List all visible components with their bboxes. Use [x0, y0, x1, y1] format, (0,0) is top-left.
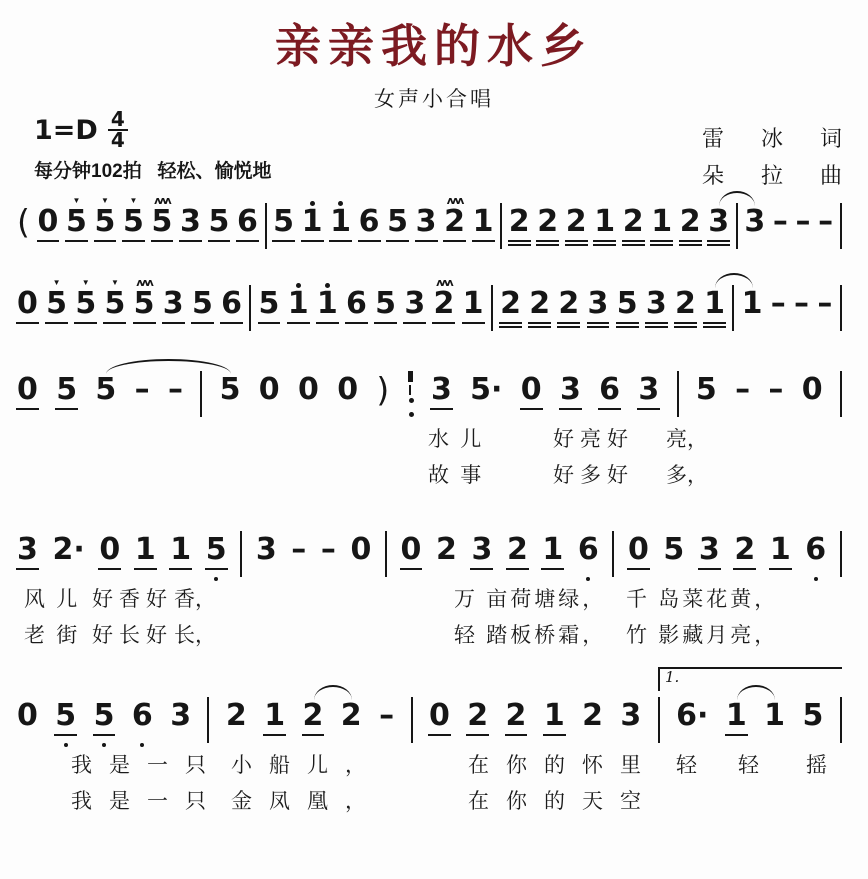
note-token: 6: [598, 358, 621, 423]
barline: [658, 684, 660, 743]
note-token: 0: [349, 518, 372, 583]
lyric-segment: 万 亩荷塘绿，: [454, 584, 606, 614]
music-system-verse-line-2: 32·01153––0023216053216: [16, 518, 842, 580]
note-token: 5: [695, 358, 718, 423]
note-token: 3: [645, 272, 668, 337]
note-glyph: 1: [593, 206, 616, 238]
note-token: 0: [297, 358, 320, 423]
barline: [500, 190, 502, 249]
volta-bracket: 1.: [658, 667, 842, 691]
note-glyph: 0: [400, 534, 423, 566]
note-token: 2: [536, 190, 559, 255]
barline: [840, 272, 842, 331]
duration-dash: –: [734, 358, 751, 423]
note-token: 6: [345, 272, 368, 337]
lyric-row: 我是一只金凤凰，在你的天空: [16, 784, 842, 820]
note-token: 1: [134, 518, 157, 583]
barline: [385, 518, 387, 577]
note-glyph: 0: [297, 374, 320, 406]
note-token: 2: [225, 684, 248, 749]
lyric-segment: 好香好: [92, 584, 173, 614]
note-glyph: 1: [725, 700, 748, 732]
tonality: 1=D: [34, 115, 98, 146]
note-glyph: 2: [302, 700, 325, 732]
barline: [840, 358, 842, 417]
lyric-segment: 长，: [174, 620, 216, 650]
note-glyph: 1: [741, 288, 764, 320]
note-glyph: 1: [650, 206, 673, 238]
music-system-intro-line-2: 0▼5▼5▼5ʌʌʌ5356511653ʌʌʌ21222353211–––: [16, 272, 842, 334]
lyric-segment: 竹 影藏月亮，: [626, 620, 778, 650]
note-glyph: 0: [98, 534, 121, 566]
note-glyph: 1: [134, 534, 157, 566]
barline: [840, 190, 842, 249]
note-glyph: 0: [37, 206, 60, 238]
lyric-segment: 好多好: [553, 460, 634, 490]
barline: [491, 272, 493, 331]
volta-label: 1.: [665, 669, 679, 685]
lyric-segment: 风 儿: [24, 584, 80, 614]
note-token: 3: [698, 518, 721, 583]
barline: [612, 518, 614, 577]
meta-block: 1=D 4 4 每分钟102拍 轻松、愉悦地 雷冰词 朵拉曲: [34, 112, 852, 184]
note-token: 5: [55, 358, 78, 423]
lyric-segment: 好亮好: [553, 424, 634, 454]
note-token: 3: [16, 518, 39, 583]
note-glyph: –: [378, 700, 395, 732]
note-glyph: –: [817, 206, 834, 238]
lyric-segment: 摇: [806, 750, 827, 780]
note-glyph: 1: [763, 700, 786, 732]
tempo-marking: 每分钟102拍 轻松、愉悦地: [34, 156, 272, 183]
note-glyph: 2: [581, 700, 604, 732]
note-token: 5: [208, 190, 231, 255]
note-glyph: –: [772, 206, 789, 238]
note-token: 6: [358, 190, 381, 255]
lyric-segment: 好长好: [92, 620, 173, 650]
note-glyph: 2: [340, 700, 363, 732]
note-token: 0: [16, 358, 39, 423]
note-token: 3: [587, 272, 610, 337]
note-glyph: 2: [679, 206, 702, 238]
note-token: 3: [255, 518, 278, 583]
note-token: 2: [506, 518, 529, 583]
note-glyph: 1: [316, 288, 339, 320]
note-token: 0: [520, 358, 543, 423]
note-glyph: (: [16, 206, 31, 238]
note-glyph: 3: [619, 700, 642, 732]
note-token: 5: [386, 190, 409, 255]
note-glyph: 5: [94, 374, 117, 406]
note-token: 2: [466, 684, 489, 749]
lyric-segment: 在你的怀里: [468, 750, 658, 780]
repeat-sign-begin: [407, 371, 414, 417]
note-glyph: 0: [627, 534, 650, 566]
note-glyph: 5: [208, 206, 231, 238]
note-glyph: –: [770, 288, 787, 320]
lyric-segment: 多，: [666, 460, 708, 490]
lyric-segment: 轻: [676, 750, 697, 780]
note-glyph: 5: [103, 288, 126, 320]
note-glyph: 0: [801, 374, 824, 406]
note-token: 5: [54, 684, 77, 749]
lyric-segment: 亮，: [666, 424, 708, 454]
note-glyph: 2: [506, 534, 529, 566]
note-glyph: 6: [345, 288, 368, 320]
note-glyph: 3: [403, 288, 426, 320]
note-glyph: 0: [428, 700, 451, 732]
note-token: 0: [627, 518, 650, 583]
music-system-intro-line-1: (0▼5▼5▼5ʌʌʌ5356511653ʌʌʌ21222121233–––: [16, 190, 842, 252]
lyric-segment: 在你的天空: [468, 786, 658, 816]
key-signature: 1=D 4 4: [34, 110, 128, 150]
note-token: 1: [593, 190, 616, 255]
note-glyph: 2: [225, 700, 248, 732]
note-token: 0: [801, 358, 824, 423]
lyric-segment: 水 儿: [428, 424, 484, 454]
note-token: ʌʌʌ5: [151, 190, 174, 255]
note-glyph: 0: [16, 288, 39, 320]
note-glyph: –: [320, 534, 337, 566]
note-glyph: 3: [698, 534, 721, 566]
barline: [677, 358, 679, 417]
note-token: 1: [462, 272, 485, 337]
duration-dash: –: [770, 272, 787, 337]
composer-credit: 朵拉曲: [702, 157, 868, 194]
note-glyph: 5: [662, 534, 685, 566]
note-token: 5: [258, 272, 281, 337]
note-glyph: 6: [358, 206, 381, 238]
note-glyph: –: [793, 288, 810, 320]
lyrics-block: 风 儿好香好香，万 亩荷塘绿，千 岛菜花黄，老 街好长好长，轻 踏板桥霜，竹 影…: [16, 582, 842, 654]
note-token: 5·: [469, 358, 503, 423]
note-glyph: 2: [505, 700, 528, 732]
note-glyph: –: [795, 206, 812, 238]
note-token: 5: [93, 684, 116, 749]
note-token: 1: [543, 684, 566, 749]
note-token: 3: [470, 518, 493, 583]
note-glyph: 2: [557, 288, 580, 320]
note-glyph: 1: [703, 288, 726, 320]
note-token: 2: [528, 272, 551, 337]
lyric-segment: 我是一只: [71, 786, 223, 816]
phrase-paren: (: [16, 190, 31, 255]
note-glyph: –: [767, 374, 784, 406]
duration-dash: –: [767, 358, 784, 423]
note-token: ▼5: [45, 272, 68, 337]
note-glyph: 6·: [675, 700, 709, 732]
note-token: 1: [472, 190, 495, 255]
note-token: 0: [400, 518, 423, 583]
note-glyph: 5: [93, 700, 116, 732]
lyric-row: 风 儿好香好香，万 亩荷塘绿，千 岛菜花黄，: [16, 582, 842, 618]
note-glyph: 5: [219, 374, 242, 406]
note-glyph: 2: [432, 288, 455, 320]
note-token: 0: [37, 190, 60, 255]
note-glyph: 5: [45, 288, 68, 320]
note-glyph: 3: [707, 206, 730, 238]
note-glyph: 1: [543, 700, 566, 732]
note-glyph: –: [290, 534, 307, 566]
note-glyph: 1: [287, 288, 310, 320]
note-token: 3: [637, 358, 660, 423]
note-token: 0: [428, 684, 451, 749]
note-token: 0: [16, 684, 39, 749]
note-glyph: –: [167, 374, 184, 406]
note-token: 1: [769, 518, 792, 583]
note-glyph: 6: [577, 534, 600, 566]
note-token: 1: [650, 190, 673, 255]
note-token: 2: [508, 190, 531, 255]
lyrics-block: 我是一只小船儿，在你的怀里轻轻摇我是一只金凤凰，在你的天空: [16, 748, 842, 820]
note-glyph: 2: [499, 288, 522, 320]
note-glyph: 5: [695, 374, 718, 406]
note-glyph: 2: [536, 206, 559, 238]
note-token: 3: [559, 358, 582, 423]
note-token: ʌʌʌ5: [133, 272, 156, 337]
note-token: 5: [205, 518, 228, 583]
lyric-row: 水 儿好亮好亮，: [16, 422, 842, 458]
note-glyph: 3: [637, 374, 660, 406]
note-token: ▼5: [103, 272, 126, 337]
note-token: ʌʌʌ2: [432, 272, 455, 337]
note-glyph: 6: [804, 534, 827, 566]
note-glyph: 5: [54, 700, 77, 732]
note-glyph: 2: [508, 206, 531, 238]
note-glyph: 3: [559, 374, 582, 406]
lyric-segment: 千 岛菜花黄，: [626, 584, 778, 614]
note-glyph: 5: [133, 288, 156, 320]
note-glyph: 1: [301, 206, 324, 238]
note-token: 3: [179, 190, 202, 255]
note-token: 3: [162, 272, 185, 337]
lyric-segment: 小船儿，: [231, 750, 383, 780]
lyric-segment: 故 事: [428, 460, 484, 490]
note-glyph: ): [375, 374, 390, 406]
note-token: 6: [220, 272, 243, 337]
note-glyph: 5: [191, 288, 214, 320]
note-token: 2: [733, 518, 756, 583]
note-token: 5: [662, 518, 685, 583]
note-glyph: –: [734, 374, 751, 406]
note-token: 2: [581, 684, 604, 749]
note-token: 2·: [51, 518, 85, 583]
note-token: 3: [619, 684, 642, 749]
note-token: 2: [565, 190, 588, 255]
note-token: 5: [191, 272, 214, 337]
note-token: 2: [679, 190, 702, 255]
music-system-verse-line-1: 055––5000)35·03635––0: [16, 358, 842, 420]
lyric-segment: 轻 踏板桥霜，: [454, 620, 606, 650]
music-system-verse-line-3: 055632122–0221236·1151.: [16, 684, 842, 746]
note-glyph: –: [134, 374, 151, 406]
note-glyph: 5: [65, 206, 88, 238]
note-glyph: 3: [430, 374, 453, 406]
barline: [265, 190, 267, 249]
lyrics-block: 水 儿好亮好亮，故 事好多好多，: [16, 422, 842, 494]
note-glyph: 5: [386, 206, 409, 238]
note-glyph: 5: [258, 288, 281, 320]
performance-type: 女声小合唱: [0, 86, 868, 112]
note-glyph: 2: [565, 206, 588, 238]
note-glyph: 6: [236, 206, 259, 238]
note-token: 5: [616, 272, 639, 337]
note-glyph: 3: [169, 700, 192, 732]
note-glyph: 1: [169, 534, 192, 566]
note-glyph: 2: [443, 206, 466, 238]
note-glyph: 5: [801, 700, 824, 732]
note-glyph: 3: [162, 288, 185, 320]
note-token: 1: [169, 518, 192, 583]
note-token: 6·: [675, 684, 709, 749]
note-glyph: 0: [258, 374, 281, 406]
phrase-paren: ): [375, 358, 390, 423]
note-glyph: 1: [462, 288, 485, 320]
note-token: 6: [804, 518, 827, 583]
note-token: 5: [801, 684, 824, 749]
note-glyph: 0: [520, 374, 543, 406]
note-token: 2: [557, 272, 580, 337]
duration-dash: –: [793, 272, 810, 337]
note-glyph: 3: [415, 206, 438, 238]
note-glyph: 5: [122, 206, 145, 238]
note-glyph: 3: [255, 534, 278, 566]
note-glyph: 1: [769, 534, 792, 566]
note-glyph: 0: [16, 700, 39, 732]
barline: [240, 518, 242, 577]
note-glyph: 5·: [469, 374, 503, 406]
lyric-segment: 我是一只: [71, 750, 223, 780]
note-token: 2: [435, 518, 458, 583]
song-title: 亲亲我的水乡: [0, 0, 868, 74]
note-glyph: 5: [74, 288, 97, 320]
note-token: 0: [336, 358, 359, 423]
lyric-segment: 轻: [738, 750, 759, 780]
note-token: 6: [131, 684, 154, 749]
note-glyph: 1: [329, 206, 352, 238]
barline: [411, 684, 413, 743]
note-glyph: 5: [272, 206, 295, 238]
barline: [840, 684, 842, 743]
note-token: ▼5: [65, 190, 88, 255]
note-glyph: 2: [674, 288, 697, 320]
note-glyph: –: [816, 288, 833, 320]
note-glyph: 3: [587, 288, 610, 320]
note-token: 1: [263, 684, 286, 749]
note-glyph: 5: [55, 374, 78, 406]
duration-dash: –: [320, 518, 337, 583]
note-token: 0: [258, 358, 281, 423]
note-token: 3: [430, 358, 453, 423]
lyric-row: 老 街好长好长，轻 踏板桥霜，竹 影藏月亮，: [16, 618, 842, 654]
duration-dash: –: [795, 190, 812, 255]
note-token: ʌʌʌ2: [443, 190, 466, 255]
note-glyph: 2: [435, 534, 458, 566]
duration-dash: –: [772, 190, 789, 255]
note-glyph: 3: [16, 534, 39, 566]
lyric-segment: 香，: [174, 584, 216, 614]
note-token: 3: [169, 684, 192, 749]
note-glyph: 2: [528, 288, 551, 320]
lyricist-credit: 雷冰词: [702, 120, 868, 157]
note-glyph: 0: [16, 374, 39, 406]
note-glyph: 3: [470, 534, 493, 566]
note-token: 0: [98, 518, 121, 583]
meter-denominator: 4: [108, 131, 128, 150]
note-glyph: 2: [466, 700, 489, 732]
note-token: 5: [374, 272, 397, 337]
lyric-segment: 老 街: [24, 620, 80, 650]
time-signature: 4 4: [108, 110, 128, 150]
barline: [840, 518, 842, 577]
note-glyph: 5: [374, 288, 397, 320]
duration-dash: –: [817, 190, 834, 255]
note-glyph: 0: [349, 534, 372, 566]
note-glyph: 1: [472, 206, 495, 238]
note-glyph: 3: [179, 206, 202, 238]
lyric-row: 我是一只小船儿，在你的怀里轻轻摇: [16, 748, 842, 784]
duration-dash: –: [378, 684, 395, 749]
note-token: 2: [499, 272, 522, 337]
note-token: ▼5: [74, 272, 97, 337]
note-token: 1: [301, 190, 324, 255]
note-token: 2: [505, 684, 528, 749]
note-glyph: 2·: [51, 534, 85, 566]
note-token: 2: [674, 272, 697, 337]
sheet-music-page: 亲亲我的水乡 女声小合唱 1=D 4 4 每分钟102拍 轻松、愉悦地 雷冰词 …: [0, 0, 868, 879]
credits: 雷冰词 朵拉曲: [702, 120, 842, 194]
duration-dash: –: [816, 272, 833, 337]
note-glyph: 6: [131, 700, 154, 732]
note-token: 1: [316, 272, 339, 337]
note-glyph: 5: [616, 288, 639, 320]
note-glyph: 3: [743, 206, 766, 238]
note-token: 3: [415, 190, 438, 255]
note-token: 5: [272, 190, 295, 255]
note-glyph: 2: [622, 206, 645, 238]
note-glyph: 2: [733, 534, 756, 566]
lyric-row: 故 事好多好多，: [16, 458, 842, 494]
lyric-segment: 金凤凰，: [231, 786, 383, 816]
note-glyph: 0: [336, 374, 359, 406]
note-token: 3: [403, 272, 426, 337]
note-token: ▼5: [94, 190, 117, 255]
note-token: 1: [541, 518, 564, 583]
barline: [207, 684, 209, 743]
score: (0▼5▼5▼5ʌʌʌ5356511653ʌʌʌ21222121233–––0▼…: [16, 190, 842, 820]
note-token: 6: [577, 518, 600, 583]
note-glyph: 5: [205, 534, 228, 566]
note-token: 1: [329, 190, 352, 255]
note-glyph: 5: [94, 206, 117, 238]
note-token: 6: [236, 190, 259, 255]
note-glyph: 1: [263, 700, 286, 732]
note-glyph: 5: [151, 206, 174, 238]
note-token: 2: [622, 190, 645, 255]
note-glyph: 3: [645, 288, 668, 320]
duration-dash: –: [290, 518, 307, 583]
note-token: ▼5: [122, 190, 145, 255]
note-token: 0: [16, 272, 39, 337]
note-glyph: 1: [541, 534, 564, 566]
barline: [249, 272, 251, 331]
slur-tie-arc: [106, 359, 231, 374]
note-token: 1: [287, 272, 310, 337]
note-glyph: 6: [598, 374, 621, 406]
note-glyph: 6: [220, 288, 243, 320]
